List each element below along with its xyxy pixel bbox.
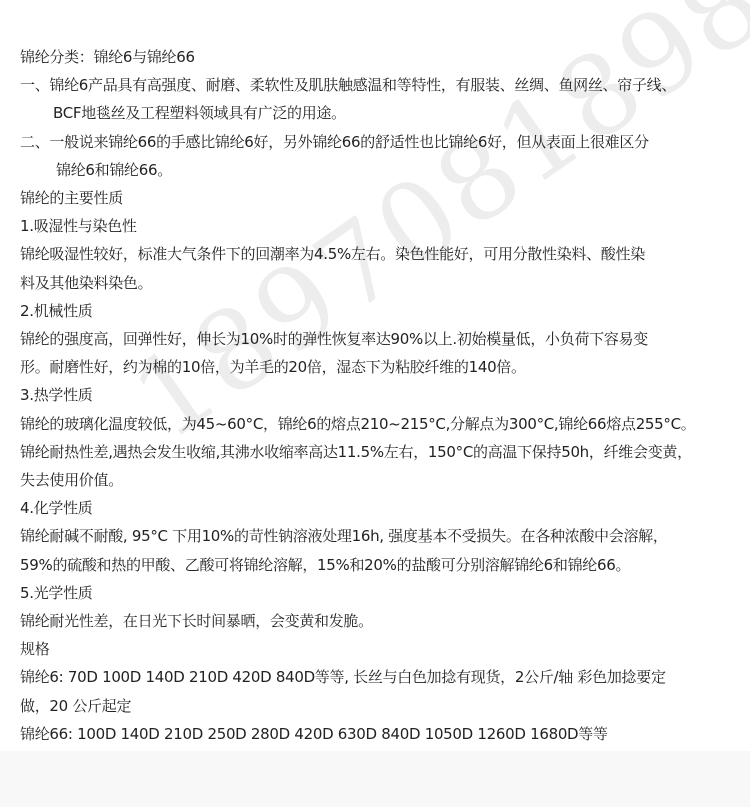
section-heading-mechanical: 2.机械性质 xyxy=(20,297,745,325)
moisture-text: 锦纶吸湿性较好，标准大气条件下的回潮率为4.5%左右。染色性能好，可用分散性染料… xyxy=(20,240,745,268)
thermal-text-cont: 锦纶耐热性差,遇热会发生收缩,其沸水收缩率高达11.5%左右，150°C的高温下… xyxy=(20,438,745,466)
spec-nylon66: 锦纶66: 100D 140D 210D 250D 280D 420D 630D… xyxy=(20,720,745,748)
moisture-text-cont: 料及其他染料染色。 xyxy=(20,269,745,297)
nylon66-comparison-cont: 锦纶6和锦纶66。 xyxy=(20,156,745,184)
spec-nylon6: 锦纶6: 70D 100D 140D 210D 420D 840D等等, 长丝与… xyxy=(20,663,745,691)
chemical-text-cont: 59%的硫酸和热的甲酸、乙酸可将锦纶溶解，15%和20%的盐酸可分别溶解锦纶6和… xyxy=(20,551,745,579)
nylon6-description: 一、锦纶6产品具有高强度、耐磨、柔软性及肌肤触感温和等特性，有服装、丝绸、鱼网丝… xyxy=(20,71,745,99)
mechanical-text-cont: 形。耐磨性好，约为棉的10倍，为羊毛的20倍，湿态下为粘胶纤维的140倍。 xyxy=(20,353,745,381)
page-footer-area xyxy=(0,751,750,807)
section-heading-optical: 5.光学性质 xyxy=(20,579,745,607)
classification-heading: 锦纶分类：锦纶6与锦纶66 xyxy=(20,43,745,71)
nylon6-description-cont: BCF地毯丝及工程塑料领域具有广泛的用途。 xyxy=(20,99,745,127)
document-body: 锦纶分类：锦纶6与锦纶66 一、锦纶6产品具有高强度、耐磨、柔软性及肌肤触感温和… xyxy=(20,43,745,748)
section-heading-chemical: 4.化学性质 xyxy=(20,494,745,522)
thermal-text-cont2: 失去使用价值。 xyxy=(20,466,745,494)
nylon66-comparison: 二、一般说来锦纶66的手感比锦纶6好，另外锦纶66的舒适性也比锦纶6好，但从表面… xyxy=(20,128,745,156)
thermal-text: 锦纶的玻璃化温度较低，为45~60°C，锦纶6的熔点210~215°C,分解点为… xyxy=(20,410,745,438)
mechanical-text: 锦纶的强度高，回弹性好，伸长为10%时的弹性恢复率达90%以上.初始模量低，小负… xyxy=(20,325,745,353)
spec-nylon6-cont: 做，20 公斤起定 xyxy=(20,692,745,720)
optical-text: 锦纶耐光性差，在日光下长时间暴晒，会变黄和发脆。 xyxy=(20,607,745,635)
section-heading-thermal: 3.热学性质 xyxy=(20,381,745,409)
properties-heading: 锦纶的主要性质 xyxy=(20,184,745,212)
document-page: 18970818983 锦纶分类：锦纶6与锦纶66 一、锦纶6产品具有高强度、耐… xyxy=(0,0,750,751)
spec-heading: 规格 xyxy=(20,635,745,663)
chemical-text: 锦纶耐碱不耐酸, 95°C 下用10%的苛性钠溶液处理16h, 强度基本不受损失… xyxy=(20,522,745,550)
section-heading-moisture: 1.吸湿性与染色性 xyxy=(20,212,745,240)
